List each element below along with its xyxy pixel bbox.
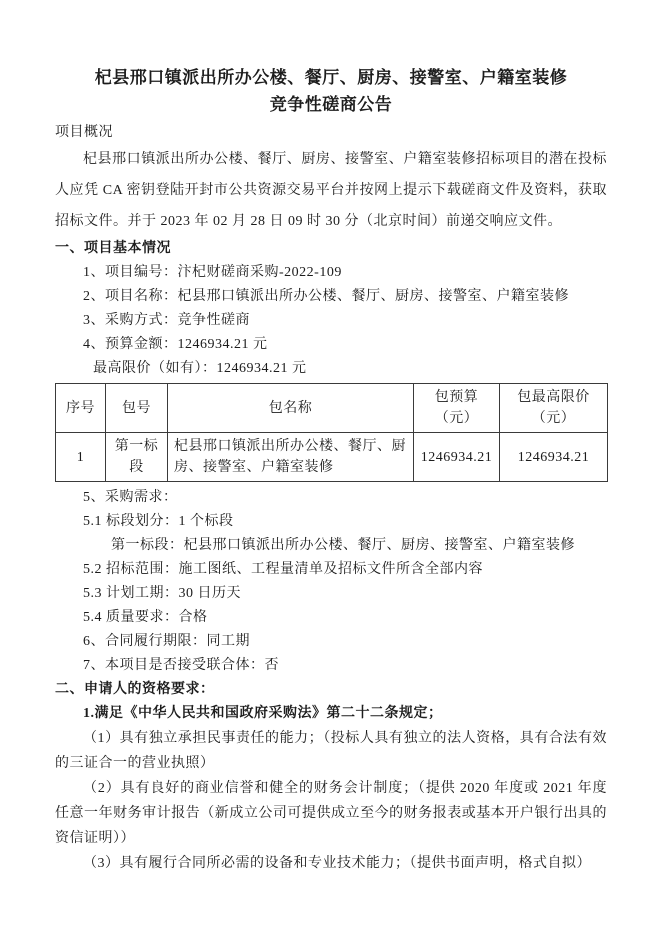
law-requirement-heading: 1.满足《中华人民共和国政府采购法》第二十二条规定；	[83, 702, 607, 726]
overview-heading: 项目概况	[55, 122, 607, 144]
table-header-package-name: 包名称	[168, 384, 414, 433]
requirement-item-6: 6、合同履行期限：同工期	[83, 630, 607, 654]
document-title: 杞县邢口镇派出所办公楼、餐厅、厨房、接警室、户籍室装修 竞争性磋商公告	[55, 64, 607, 118]
requirement-item-5-4: 5.4 质量要求：合格	[83, 606, 607, 630]
qualification-clause-1: （1）具有独立承担民事责任的能力；（投标人具有独立的法人资格，具有合法有效的三证…	[55, 726, 607, 776]
project-number-line: 1、项目编号：汴杞财磋商采购-2022-109	[83, 261, 607, 285]
requirement-item-5-3: 5.3 计划工期：30 日历天	[83, 582, 607, 606]
requirement-item-5-1: 5.1 标段划分：1 个标段	[83, 510, 607, 534]
packages-table: 序号 包号 包名称 包预算（元） 包最高限价（元） 1 第一标段 杞县邢口镇派出…	[55, 383, 608, 482]
table-cell-package-no: 第一标段	[106, 433, 168, 482]
table-header-package-budget: 包预算（元）	[414, 384, 500, 433]
table-cell-package-name: 杞县邢口镇派出所办公楼、餐厅、厨房、接警室、户籍室装修	[168, 433, 414, 482]
table-header-seq: 序号	[56, 384, 106, 433]
table-header-package-no: 包号	[106, 384, 168, 433]
requirement-item-7: 7、本项目是否接受联合体：否	[83, 654, 607, 678]
document-page: 杞县邢口镇派出所办公楼、餐厅、厨房、接警室、户籍室装修 竞争性磋商公告 项目概况…	[0, 0, 662, 936]
qualification-clause-3: （3）具有履行合同所必需的设备和专业技术能力；（提供书面声明，格式自拟）	[55, 851, 607, 876]
budget-amount-line: 4、预算金额：1246934.21 元	[83, 333, 607, 357]
requirement-item-first-package: 第一标段：杞县邢口镇派出所办公楼、餐厅、厨房、接警室、户籍室装修	[111, 534, 607, 558]
overview-paragraph: 杞县邢口镇派出所办公楼、餐厅、厨房、接警室、户籍室装修招标项目的潜在投标人应凭 …	[55, 144, 607, 237]
project-name-line: 2、项目名称：杞县邢口镇派出所办公楼、餐厅、厨房、接警室、户籍室装修	[83, 285, 607, 309]
max-price-line: 最高限价（如有）：1246934.21 元	[93, 357, 607, 381]
procurement-method-line: 3、采购方式：竞争性磋商	[83, 309, 607, 333]
packages-table-header-row: 序号 包号 包名称 包预算（元） 包最高限价（元）	[56, 384, 608, 433]
requirement-item-5: 5、采购需求：	[83, 486, 607, 510]
packages-table-row: 1 第一标段 杞县邢口镇派出所办公楼、餐厅、厨房、接警室、户籍室装修 12469…	[56, 433, 608, 482]
document-title-line1: 杞县邢口镇派出所办公楼、餐厅、厨房、接警室、户籍室装修	[95, 68, 568, 87]
section1-heading: 一、项目基本情况	[55, 237, 607, 261]
table-header-package-max-price: 包最高限价（元）	[500, 384, 608, 433]
section2-heading: 二、申请人的资格要求：	[55, 678, 607, 702]
table-cell-package-budget: 1246934.21	[414, 433, 500, 482]
document-title-line2: 竞争性磋商公告	[270, 95, 393, 114]
table-cell-package-max-price: 1246934.21	[500, 433, 608, 482]
qualification-clause-2: （2）具有良好的商业信誉和健全的财务会计制度；（提供 2020 年度或 2021…	[55, 776, 607, 851]
table-cell-seq: 1	[56, 433, 106, 482]
requirement-item-5-2: 5.2 招标范围：施工图纸、工程量清单及招标文件所含全部内容	[83, 558, 607, 582]
